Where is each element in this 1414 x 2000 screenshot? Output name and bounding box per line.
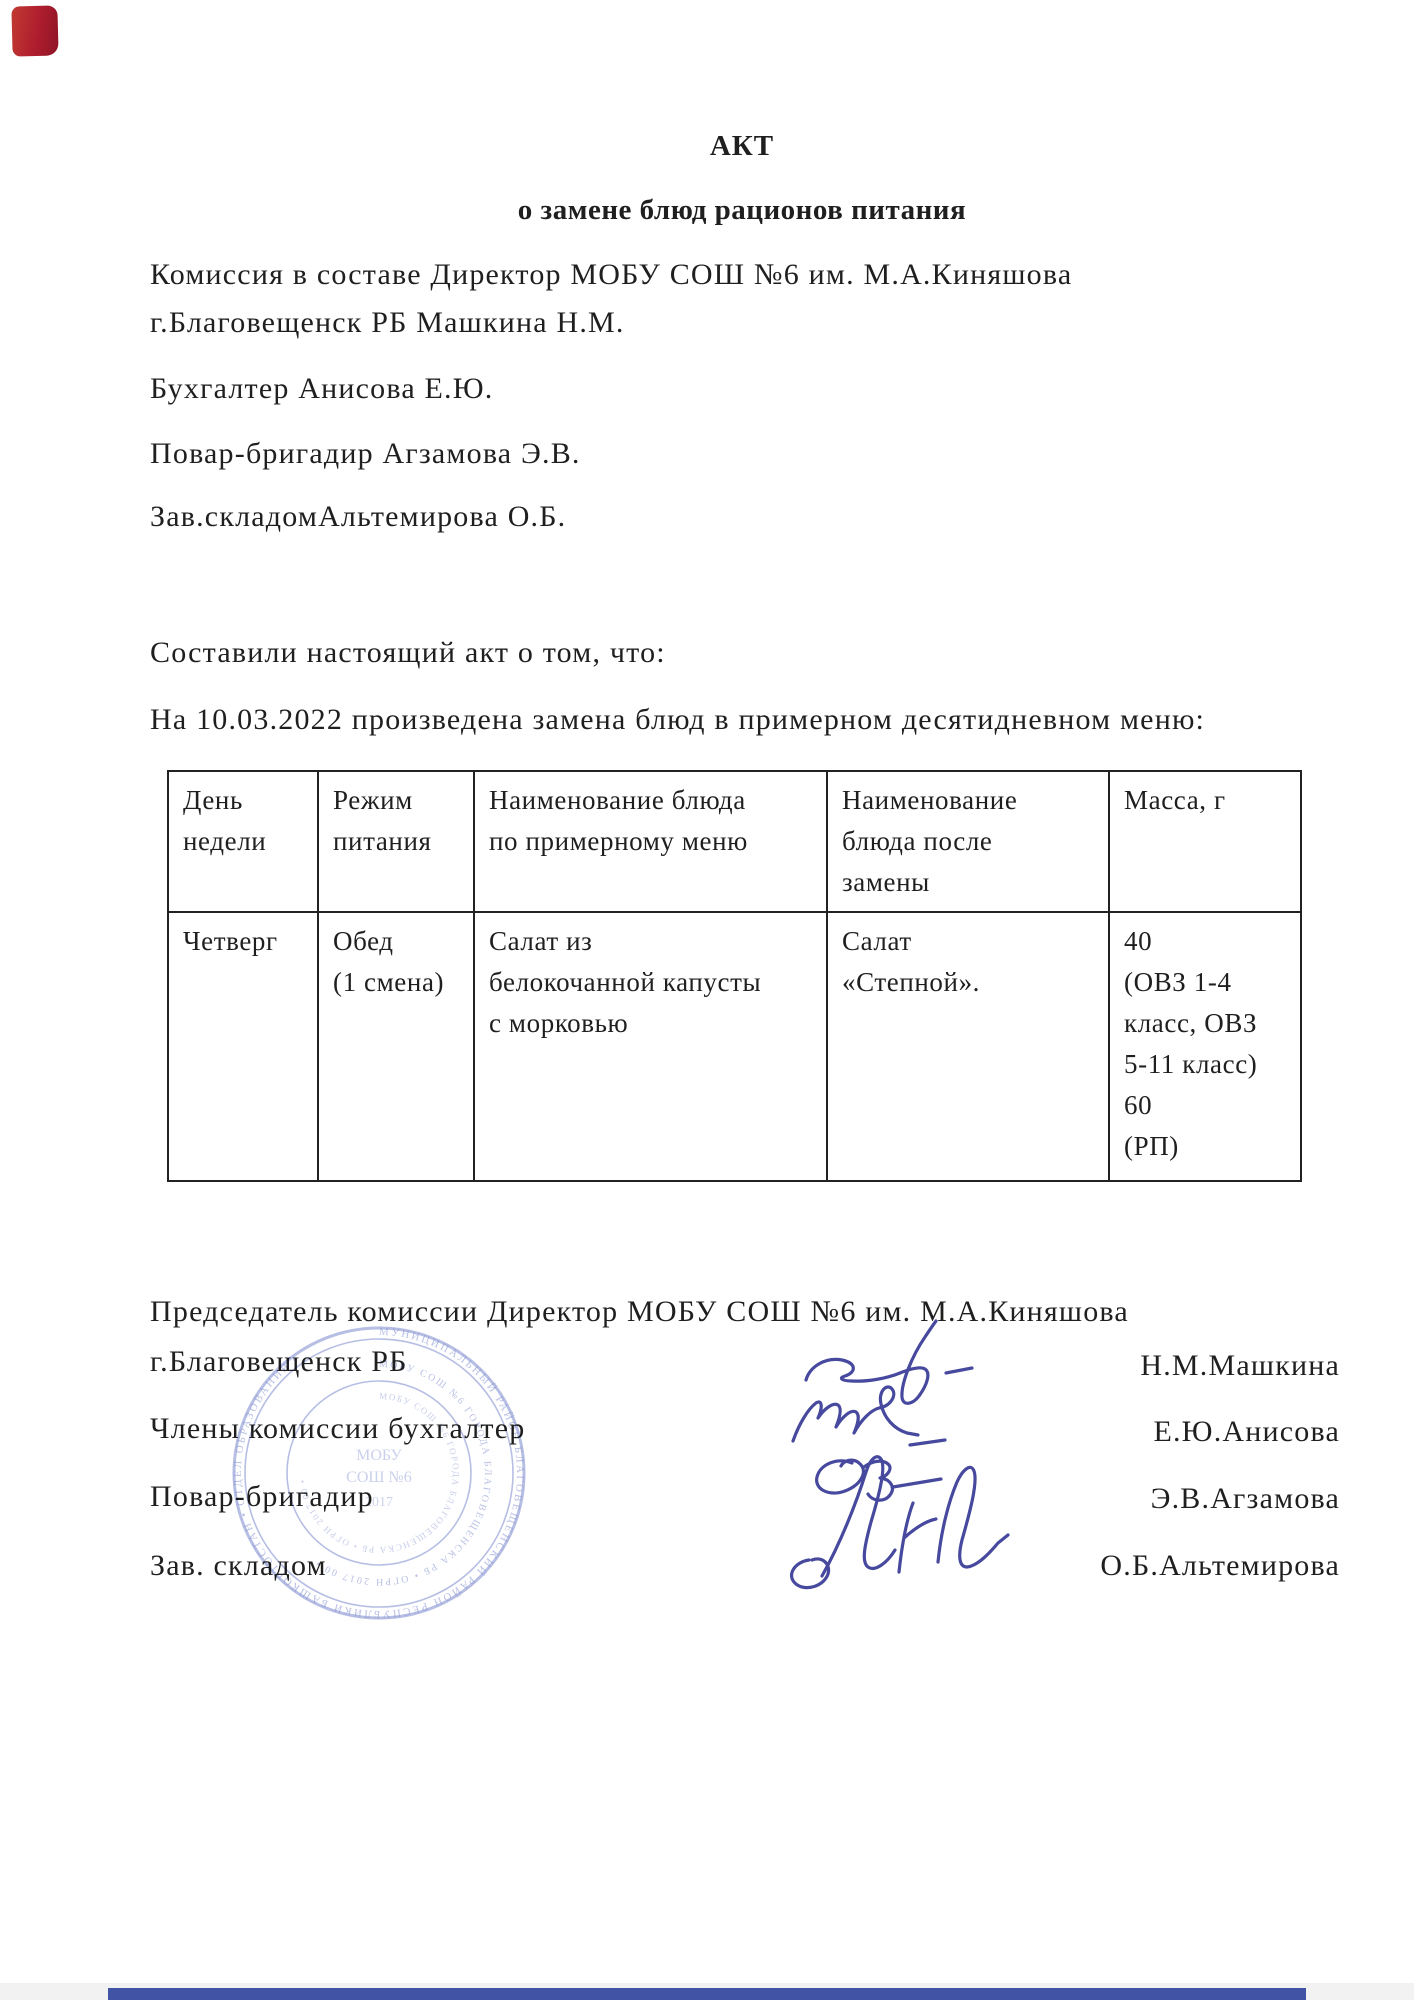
cell-dish-menu: Салат из белокочанной капусты с морковью — [474, 912, 827, 1181]
page-title: АКТ — [150, 130, 1334, 163]
signature-agzamova-loop — [817, 1460, 864, 1493]
stamp-center-line1: МОБУ — [356, 1447, 402, 1464]
signature-altemirova-mid — [899, 1503, 936, 1572]
table-row: Четверг Обед (1 смена) Салат из белокоча… — [168, 912, 1301, 1181]
signatory-name-anisova: Е.Ю.Анисова — [1153, 1415, 1340, 1449]
paragraph-statement: Составили настоящий акт о том, что: — [150, 636, 666, 670]
cell-dish-after: Салат «Степной». — [827, 912, 1109, 1181]
header-cell-dish-after: Наименование блюда после замены — [827, 771, 1109, 912]
signature-altemirova-tail — [938, 1467, 1008, 1567]
header-cell-meal: Режим питания — [318, 771, 474, 912]
cell-meal: Обед (1 смена) — [318, 912, 474, 1181]
paragraph-chef: Повар-бригадир Агзамова Э.В. — [150, 437, 581, 471]
signature-mashkina — [806, 1321, 936, 1403]
cell-day: Четверг — [168, 912, 318, 1181]
paragraph-commission-line1: Комиссия в составе Директор МОБУ СОШ №6 … — [150, 258, 1072, 292]
table-header-row: День недели Режим питания Наименование б… — [168, 771, 1301, 912]
signatory-name-mashkina: Н.М.Машкина — [1140, 1349, 1340, 1383]
stamp-center-line3: 2017 — [365, 1495, 393, 1510]
official-stamp: МУНИЦИПАЛЬНЫЙ РАЙОН БЛАГОВЕЩЕНСКИЙ РАЙОН… — [228, 1322, 530, 1624]
stamp-center-line2: СОШ №6 — [346, 1469, 412, 1486]
signature-mashkina-dash — [946, 1368, 972, 1373]
signatory-name-agzamova: Э.В.Агзамова — [1151, 1482, 1340, 1516]
paragraph-storekeeper: Зав.складомАльтемирова О.Б. — [150, 500, 566, 534]
cell-mass: 40 (ОВЗ 1-4 класс, ОВЗ 5-11 класс) 60 (Р… — [1109, 912, 1301, 1181]
paragraph-accountant: Бухгалтер Анисова Е.Ю. — [150, 372, 494, 406]
document-page: АКТ о замене блюд рационов питания Комис… — [0, 0, 1414, 2000]
paragraph-commission-line2: г.Благовещенск РБ Машкина Н.М. — [150, 306, 625, 340]
dish-replacement-table: День недели Режим питания Наименование б… — [167, 770, 1302, 1182]
signatures-overlay — [740, 1300, 1060, 1620]
paragraph-replacement: На 10.03.2022 произведена замена блюд в … — [150, 703, 1205, 737]
header-cell-dish-menu: Наименование блюда по примерному меню — [474, 771, 827, 912]
signature-agzamova-dash — [893, 1479, 941, 1487]
header-cell-day: День недели — [168, 771, 318, 912]
signature-anisova — [793, 1387, 918, 1441]
page-subtitle: о замене блюд рационов питания — [150, 194, 1334, 227]
signature-anisova-dash — [910, 1440, 945, 1445]
signatory-name-altemirova: О.Б.Альтемирова — [1100, 1549, 1340, 1583]
scan-artifact-red-mark — [11, 5, 58, 56]
scan-footer-bar — [108, 1988, 1306, 2000]
header-cell-mass: Масса, г — [1109, 771, 1301, 912]
